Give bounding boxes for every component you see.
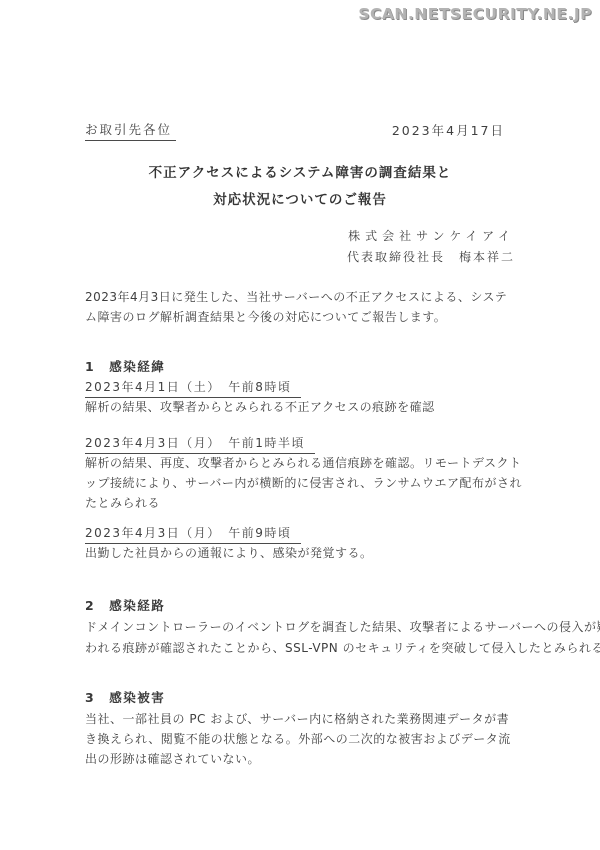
recipient-line: お取引先各位: [85, 120, 176, 141]
event-3-description: 出勤した社員からの通報により、感染が発覚する。: [85, 543, 373, 563]
event-1-datetime-text: 2023年4月1日（土） 午前8時頃: [85, 378, 301, 398]
intro-paragraph: 2023年4月3日に発生した、当社サーバーへの不正アクセスによる、システ ム障害…: [85, 287, 507, 327]
section-2-body: ドメインコントローラーのイベントログを調査した結果、攻撃者によるサーバーへの侵入…: [85, 617, 600, 659]
sender-representative: 代表取締役社長 梅本祥二: [347, 247, 515, 268]
title-line-2: 対応状況についてのご報告: [0, 187, 600, 214]
section-1-heading: 1 感染経緯: [85, 357, 165, 375]
title-line-1: 不正アクセスによるシステム障害の調査結果と: [0, 160, 600, 187]
section-3-heading: 3 感染被害: [85, 688, 165, 706]
event-3-datetime: 2023年4月3日（月） 午前9時頃: [85, 522, 301, 544]
event-2-description: 解析の結果、再度、攻撃者からとみられる通信痕跡を確認。リモートデスクト ップ接続…: [85, 453, 522, 513]
document-title: 不正アクセスによるシステム障害の調査結果と 対応状況についてのご報告: [0, 160, 600, 214]
document-page: SCAN.NETSECURITY.NE.JP お取引先各位 2023年4月17日…: [0, 0, 600, 850]
sender-block: 株式会社サンケイアイ 代表取締役社長 梅本祥二: [347, 226, 515, 268]
sender-company: 株式会社サンケイアイ: [347, 226, 515, 247]
section-2-heading: 2 感染経路: [85, 596, 165, 614]
event-1-description: 解析の結果、攻撃者からとみられる不正アクセスの痕跡を確認: [85, 397, 435, 417]
event-2-datetime-text: 2023年4月3日（月） 午前1時半頃: [85, 434, 315, 454]
event-2-datetime: 2023年4月3日（月） 午前1時半頃: [85, 432, 315, 454]
document-date: 2023年4月17日: [392, 121, 505, 139]
section-3-body: 当社、一部社員の PC および、サーバー内に格納された業務関連データが書 き換え…: [85, 709, 511, 769]
event-1-datetime: 2023年4月1日（土） 午前8時頃: [85, 376, 301, 398]
site-watermark: SCAN.NETSECURITY.NE.JP: [358, 5, 592, 23]
event-3-datetime-text: 2023年4月3日（月） 午前9時頃: [85, 524, 301, 544]
